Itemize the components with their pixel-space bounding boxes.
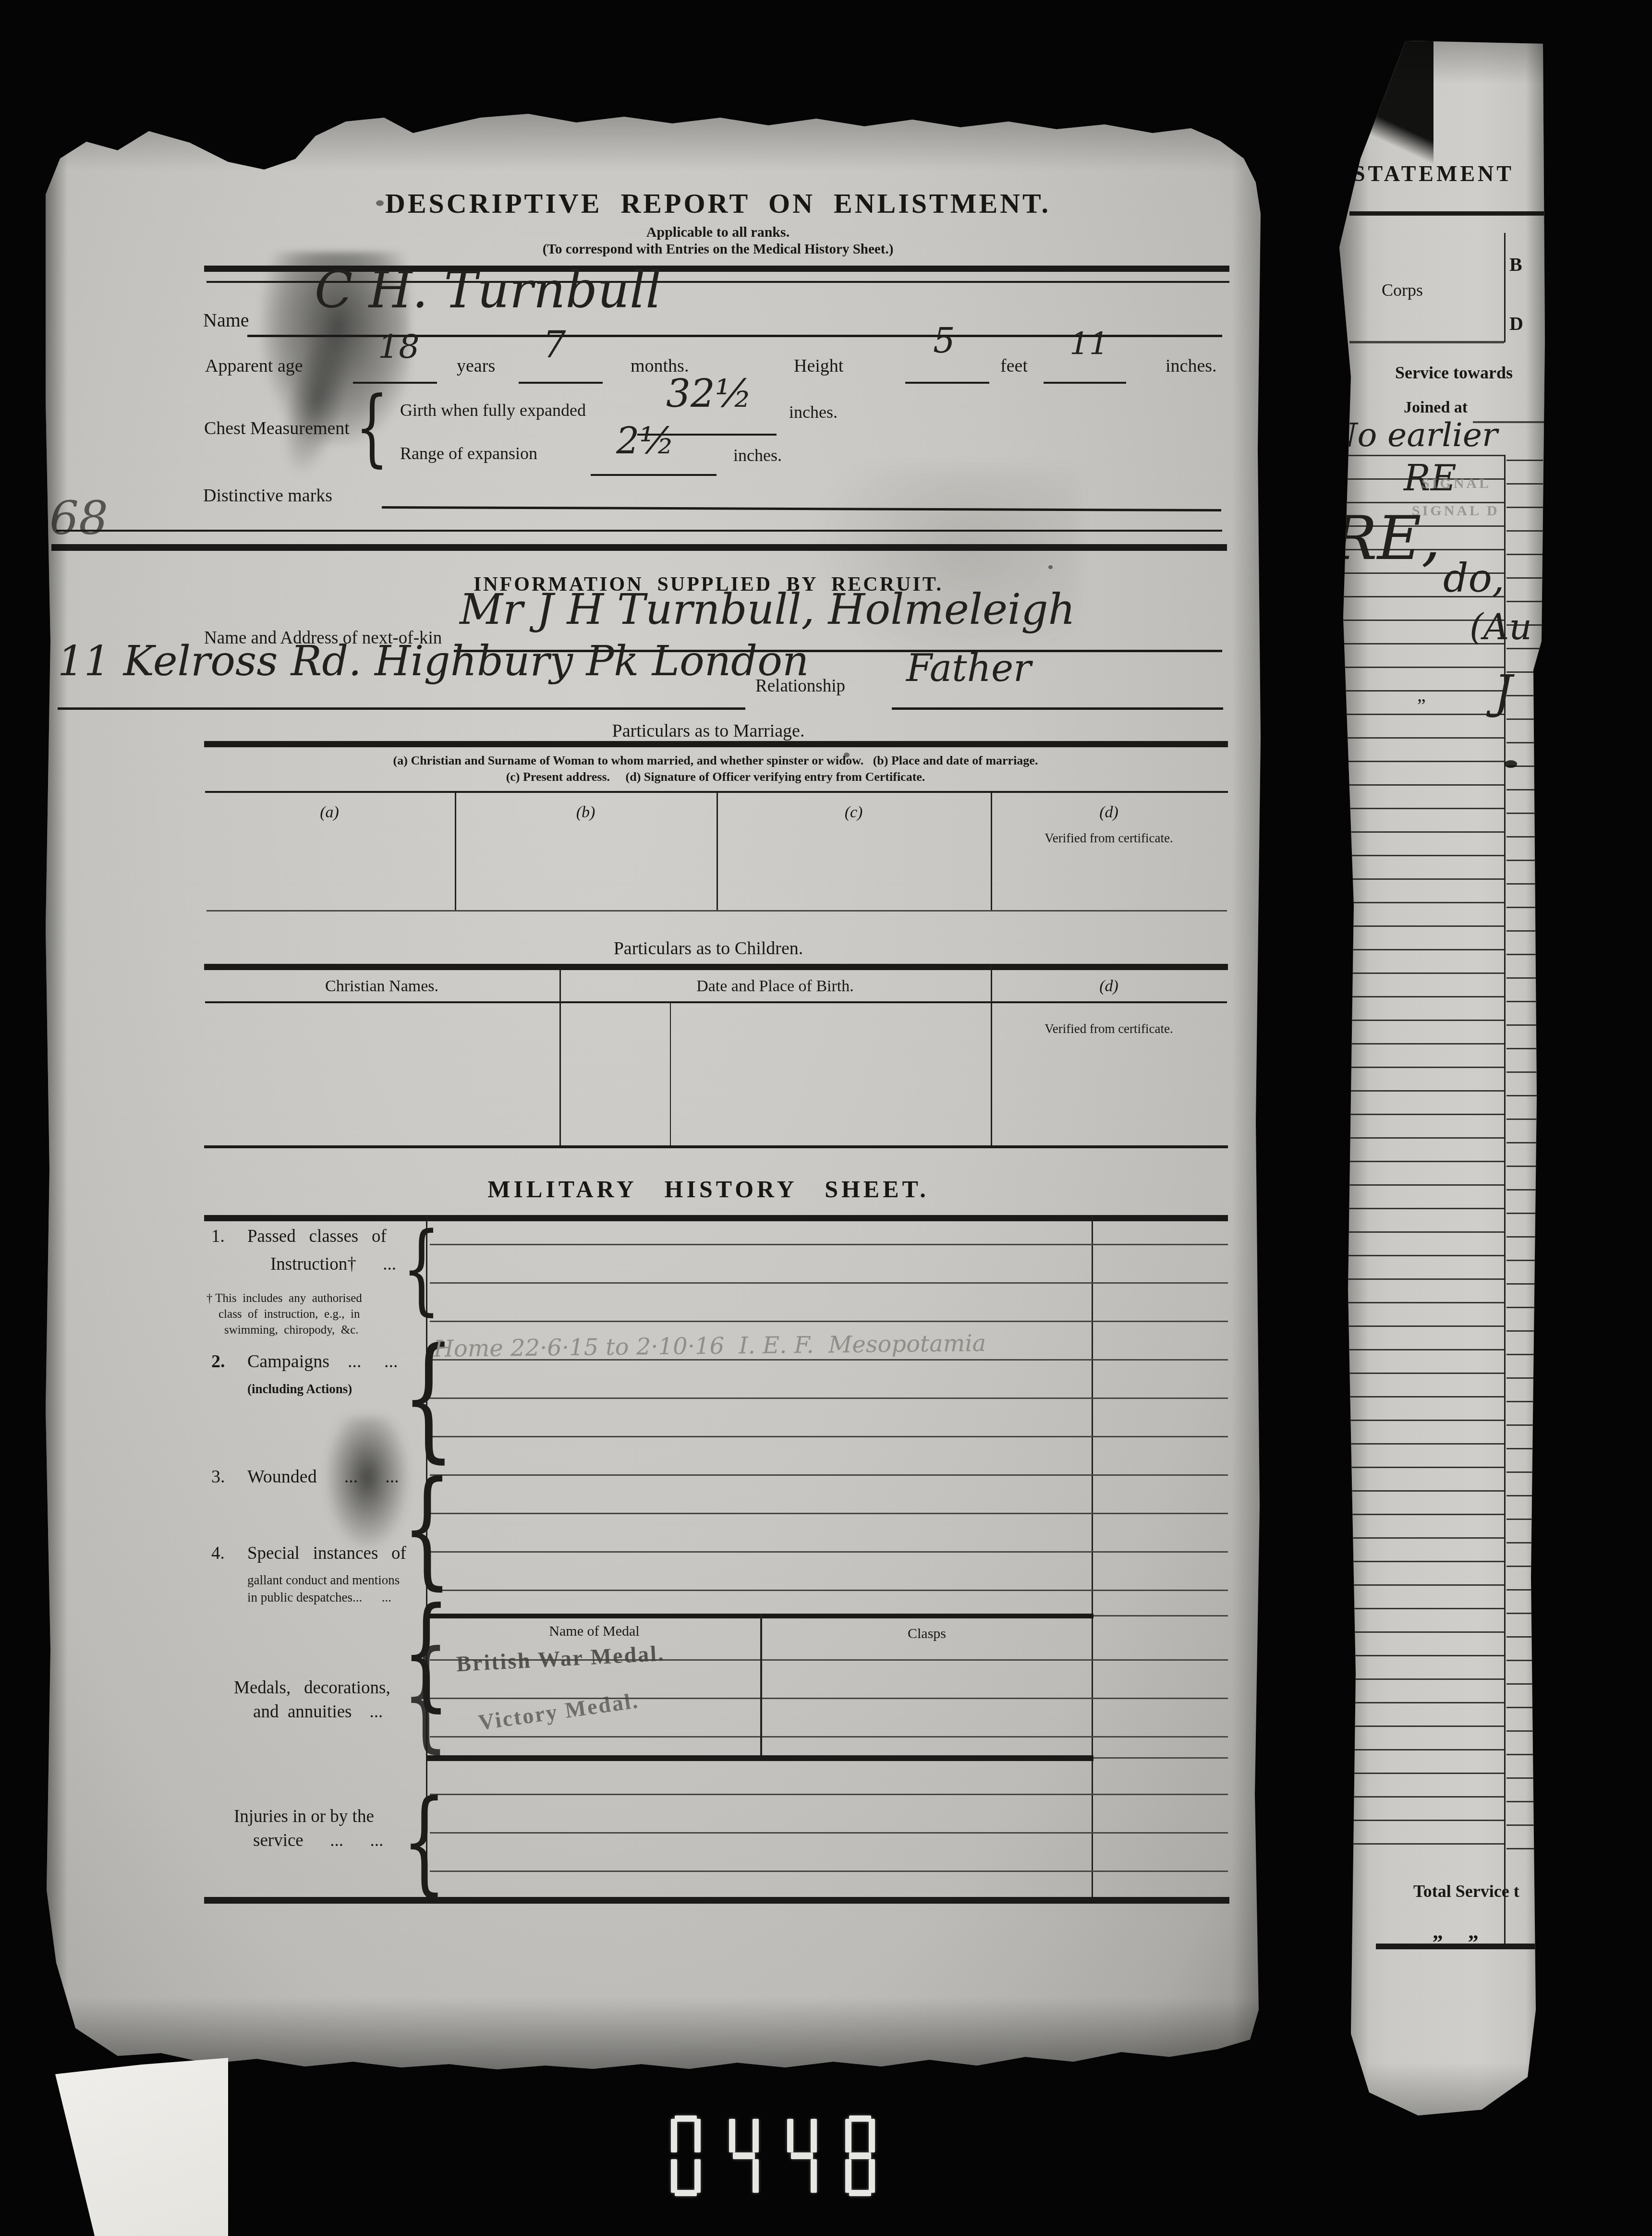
ruled-line [430,1436,1228,1437]
military-bottom-rule [204,1897,1229,1904]
marriage-col-c-header: (c) [717,803,991,822]
corps-divider [1504,233,1506,342]
item1-number: 1. [211,1226,225,1247]
marriage-note-line1: (a) Christian and Surname of Woman to wh… [209,753,1222,768]
range-unit: inches. [733,445,782,465]
injuries-brace: { [402,1785,447,1898]
age-months-line [519,382,603,384]
item1-footnote-line1: † This includes any authorised [206,1292,362,1305]
ruled-line [1093,1615,1228,1616]
ruled-line [430,1698,1228,1699]
medal-table-divider [760,1614,762,1757]
children-table-bottom-rule [204,1145,1228,1148]
page-fold-shadow [1323,41,1433,219]
corps-label: Corps [1382,280,1423,300]
counter-digit [845,2115,875,2196]
ruled-line [430,1871,1228,1872]
ruled-line [430,1244,1228,1245]
underlying-page-fragment [55,2058,228,2236]
corps-bottom-rule [1349,341,1504,343]
marriage-heading: Particulars as to Marriage. [190,720,1227,741]
medals-label-line2: and annuities ... [253,1701,383,1722]
hand-entry-re-large: RE, [1332,503,1441,573]
joined-at-label: Joined at [1404,399,1468,417]
height-feet-value: 5 [933,320,955,361]
form-title: DESCRIPTIVE REPORT ON ENLISTMENT. [214,187,1222,219]
girth-label: Girth when fully expanded [400,400,586,420]
years-label: years [457,355,495,377]
hand-entry-do: do, [1443,556,1505,601]
ditto-mark-right: „ [1468,1920,1479,1944]
medals-brace: { [402,1634,449,1754]
injuries-label-line1: Injuries in or by the [234,1806,374,1827]
range-line [591,474,717,476]
medal-name-column-header: Name of Medal [427,1623,761,1640]
item1-label-line2: Instruction† ... [270,1254,396,1275]
ruled-line [430,1551,1228,1553]
ruled-line [1093,1757,1228,1759]
item2-label: Campaigns ... ... [247,1351,398,1372]
page-edge-shading [46,113,1261,2070]
scanned-document-page: { "counter": { "value": "0448" }, "glyph… [0,0,1652,2236]
corps-col-letter-top: B [1509,253,1522,276]
military-top-rule [204,1215,1228,1221]
children-sub-divider [670,1003,671,1145]
counter-digit [671,2115,701,2196]
marriage-table-top-rule [204,741,1228,747]
marriage-note-line2: (c) Present address. (d) Signature of Of… [209,770,1222,784]
item3-brace: { [402,1465,452,1592]
children-header-rule [205,1001,1227,1003]
girth-unit: inches. [789,402,838,422]
ditto-mark-left: „ [1433,1920,1443,1944]
children-col3-header: (d) [991,977,1227,996]
height-label: Height [794,355,843,377]
medals-label-line1: Medals, decorations, [234,1677,390,1698]
relationship-label: Relationship [755,676,845,696]
item2-note: (including Actions) [247,1382,352,1397]
medal-table-bottom-rule [427,1755,1093,1761]
form-subtitle-correspond: (To correspond with Entries on the Medic… [214,242,1222,257]
name-value: C H. Turnbull [315,261,662,319]
item4-label-line1: Special instances of [247,1543,406,1564]
section-rule-thick [51,544,1227,551]
statement-heading: STATEMENT [1353,161,1514,186]
form-subtitle-ranks: Applicable to all ranks. [214,224,1222,241]
chest-brace: { [355,386,389,470]
children-divider-1 [559,966,561,1145]
british-war-medal-stamp: British War Medal. [456,1641,666,1677]
relationship-underline [892,707,1223,710]
ruled-line [430,1474,1228,1476]
distinctive-marks-line [382,506,1221,511]
item3-label: Wounded ... ... [247,1466,399,1487]
counter-digit [787,2115,817,2196]
marriage-table-bottom-rule [206,910,1227,911]
military-right-vertical [1092,1215,1093,1899]
victory-medal-stamp: Victory Medal. [477,1688,641,1735]
medal-clasps-column-header: Clasps [762,1626,1092,1642]
item4-note-line2: in public despatches... ... [247,1590,391,1605]
total-service-label: Total Service t [1413,1881,1519,1901]
speck [1048,565,1053,569]
total-service-rule [1376,1944,1544,1949]
children-table-top-rule [204,964,1228,970]
ruled-line [430,1736,1228,1738]
statement-page-partial: STATEMENT Corps B D Service towards Join… [1323,41,1545,2120]
signal-stamp-line1: SIGNAL [1421,475,1491,492]
ruled-line [430,1832,1228,1834]
military-heading: MILITARY HISTORY SHEET. [190,1175,1227,1203]
torn-paper-highlight [91,113,151,133]
item1-brace: { [402,1220,441,1318]
hand-entry-au-cut: (Au [1470,607,1532,648]
ruled-line [430,1321,1228,1322]
marriage-verified-note: Verified from certificate. [991,831,1227,846]
section-rule-thin [56,530,1222,532]
address-underline [58,707,745,710]
name-label: Name [203,309,249,331]
age-months-value: 7 [543,323,566,366]
counter-digit [729,2115,759,2196]
counter-digits [671,2115,911,2196]
chest-measurement-label: Chest Measurement [204,418,350,439]
service-towards-label: Service towards [1395,363,1513,383]
ruled-line [430,1397,1228,1399]
corps-col-letter-bottom: D [1509,312,1523,335]
ruled-line [430,1513,1228,1514]
children-heading: Particulars as to Children. [190,938,1227,959]
next-of-kin-value-line1: Mr J H Turnbull, Holmeleigh [460,584,1075,634]
next-of-kin-value-line2: 11 Kelross Rd. Highbury Pk London [58,637,809,685]
range-value: 2½ [616,419,675,462]
hand-entry-no-earlier: No earlier [1329,416,1498,454]
inches-label: inches. [1166,355,1217,377]
range-label: Range of expansion [400,443,537,463]
item1-footnote-line2: class of instruction, e.g., in [219,1308,360,1321]
ink-mark [1505,760,1517,768]
girth-value: 32½ [666,371,752,416]
hand-flourish-cut: J [1494,665,1512,719]
item1-footnote-line3: swimming, chiropody, &c. [224,1324,359,1337]
statement-header-rule [1349,211,1544,216]
ruled-line [430,1590,1228,1591]
distinctive-marks-label: Distinctive marks [203,485,332,506]
item2-number: 2. [211,1351,225,1372]
campaigns-entry-value: Home 22·6·15 to 2·10·16 I. E. F. Mesopot… [434,1330,986,1362]
ruled-line [430,1794,1228,1795]
height-inches-line [1044,382,1126,384]
children-verified-note: Verified from certificate. [991,1021,1227,1036]
height-inches-value: 11 [1069,327,1108,362]
relationship-value: Father [906,647,1031,690]
marriage-divider-1 [455,793,456,911]
enlistment-form-page: DESCRIPTIVE REPORT ON ENLISTMENT. Applic… [46,113,1261,2070]
item4-note-line1: gallant conduct and mentions [247,1573,400,1588]
marriage-col-d-header: (d) [991,803,1227,822]
ditto-mark-mid: „ [1417,683,1426,706]
ruled-lines-right-stub [1506,437,1543,1864]
marriage-divider-2 [717,793,718,911]
item1-label-line1: Passed classes of [247,1226,387,1247]
paper-stain [809,468,1078,670]
children-col2-header: Date and Place of Birth. [559,977,991,996]
children-col1-header: Christian Names. [204,977,559,996]
marriage-col-b-header: (b) [455,803,717,822]
apparent-age-label: Apparent age [205,355,303,377]
height-feet-line [905,382,989,384]
ruled-line [430,1282,1228,1284]
children-divider-2 [991,966,992,1145]
marriage-divider-3 [991,793,992,911]
feet-label: feet [1000,355,1028,377]
marriage-col-a-header: (a) [204,803,455,822]
item4-number: 4. [211,1543,225,1564]
injuries-label-line2: service ... ... [253,1830,383,1851]
item3-number: 3. [211,1466,225,1487]
margin-scribble: 68 [49,491,108,545]
age-years-value: 18 [378,328,420,366]
